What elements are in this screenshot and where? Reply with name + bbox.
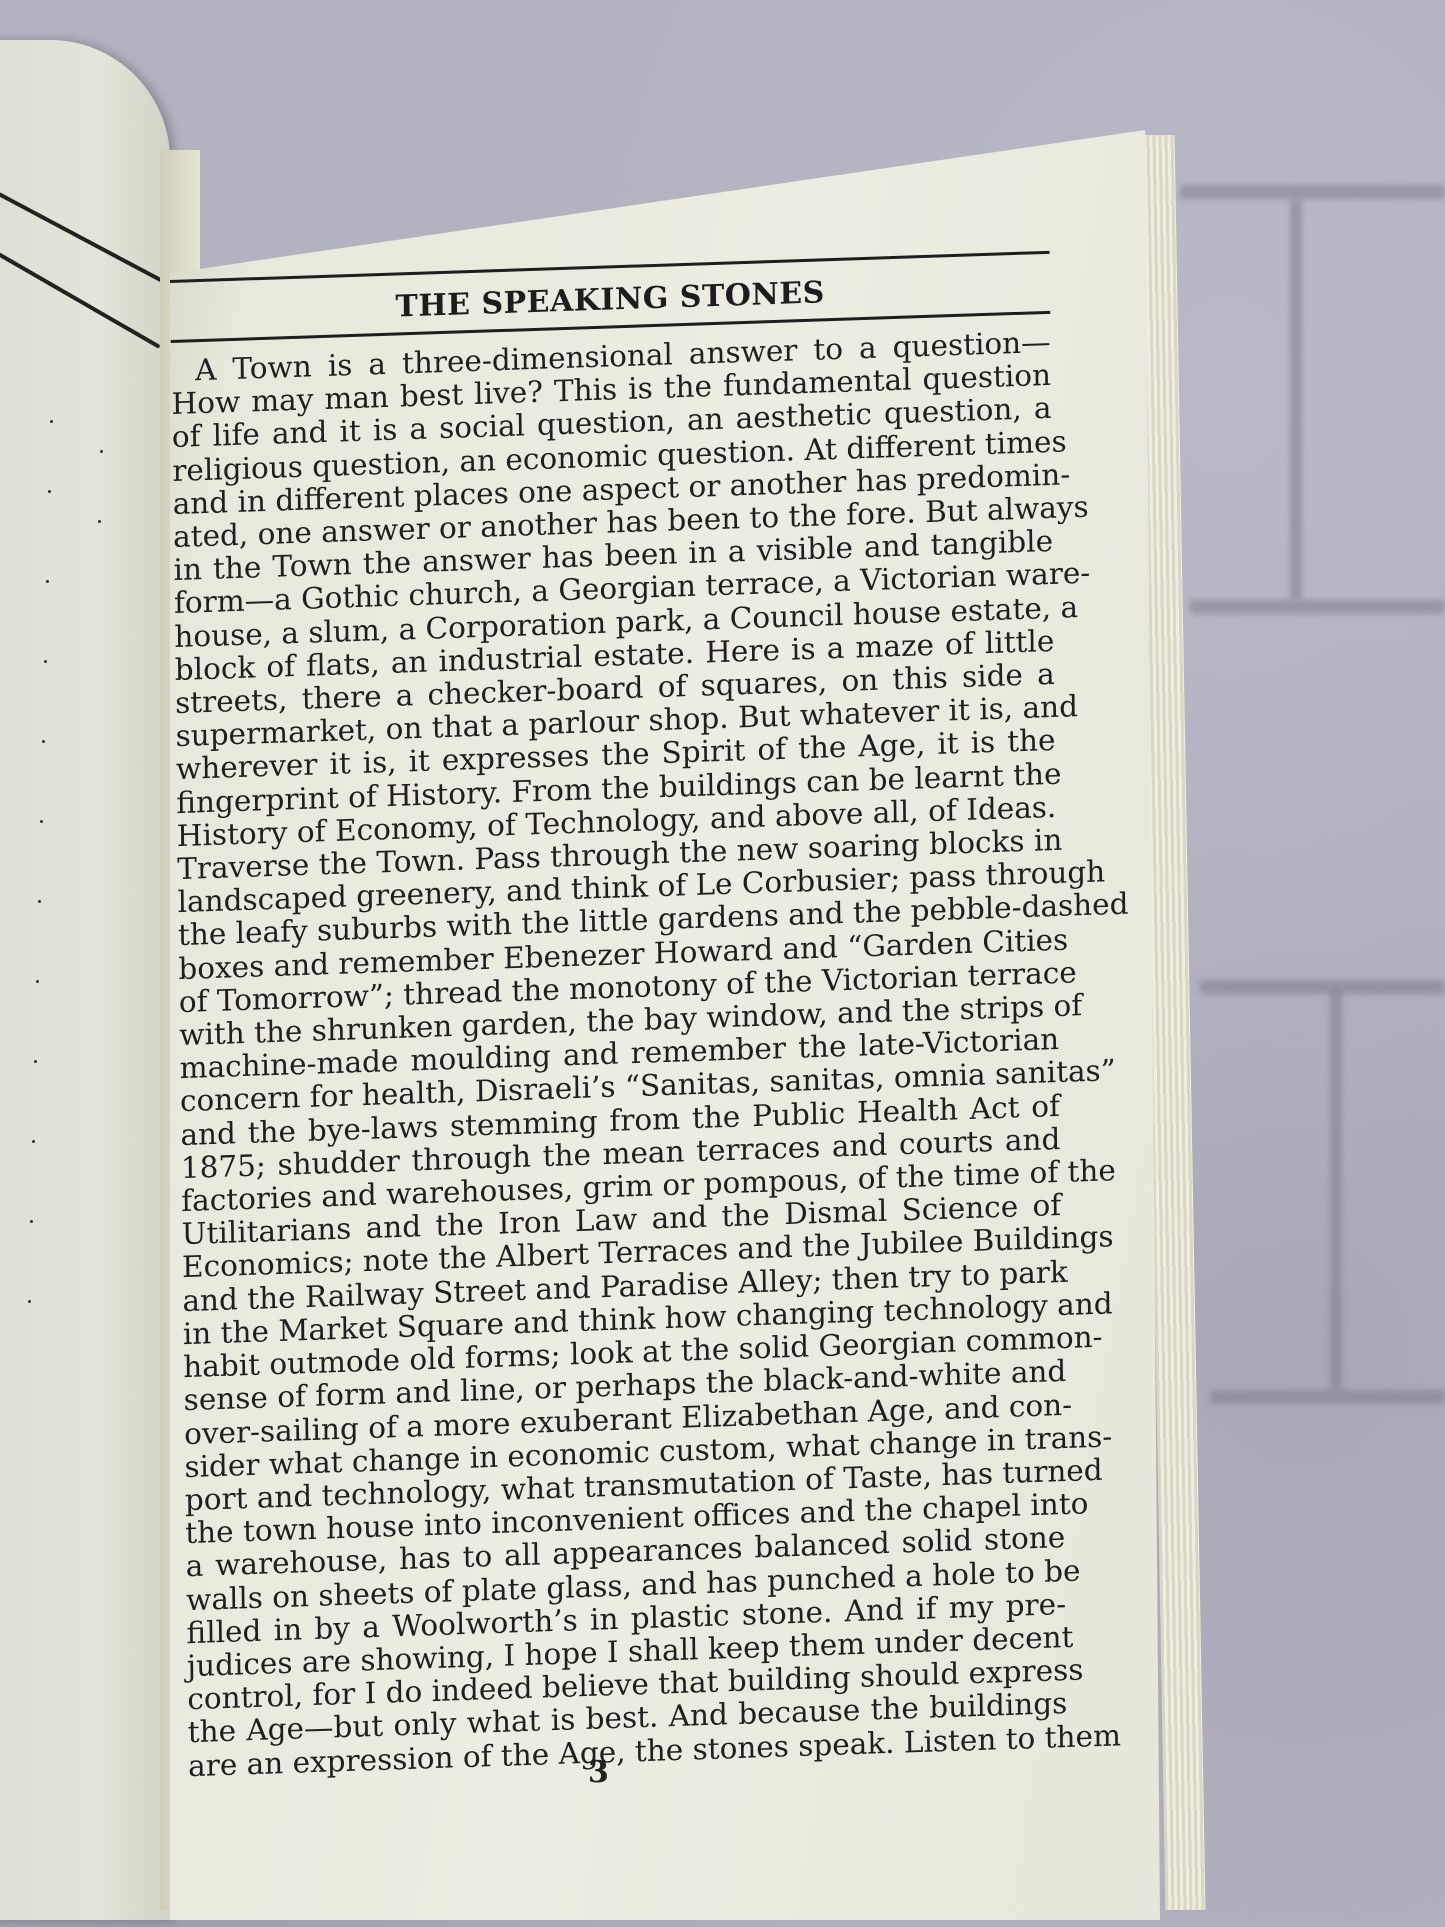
leader-dot (38, 900, 41, 903)
brick-mortar-line (1190, 600, 1445, 614)
left-page (0, 40, 170, 1920)
brick-mortar-line (1180, 185, 1445, 199)
leader-dot (34, 1060, 37, 1063)
brick-mortar-line (1330, 990, 1342, 1390)
leader-dot (32, 1140, 35, 1143)
page-content: THE SPEAKING STONES A Town is a three-di… (170, 251, 1068, 1783)
leader-dot (46, 580, 49, 583)
leader-dot (44, 660, 47, 663)
leader-dot (98, 520, 101, 523)
brick-mortar-line (1200, 980, 1445, 994)
leader-dot (28, 1300, 31, 1303)
brick-mortar-line (1290, 200, 1302, 600)
leader-dot (50, 420, 53, 423)
leader-dot (30, 1220, 33, 1223)
leader-dot (42, 740, 45, 743)
page-number: 3 (588, 1755, 609, 1790)
leader-dot (100, 450, 103, 453)
body-paragraph: A Town is a three-dimensional answer to … (171, 326, 1068, 1783)
leader-dot (40, 820, 43, 823)
leader-dot (48, 490, 51, 493)
brick-mortar-line (1210, 1390, 1445, 1404)
leader-dot (36, 980, 39, 983)
